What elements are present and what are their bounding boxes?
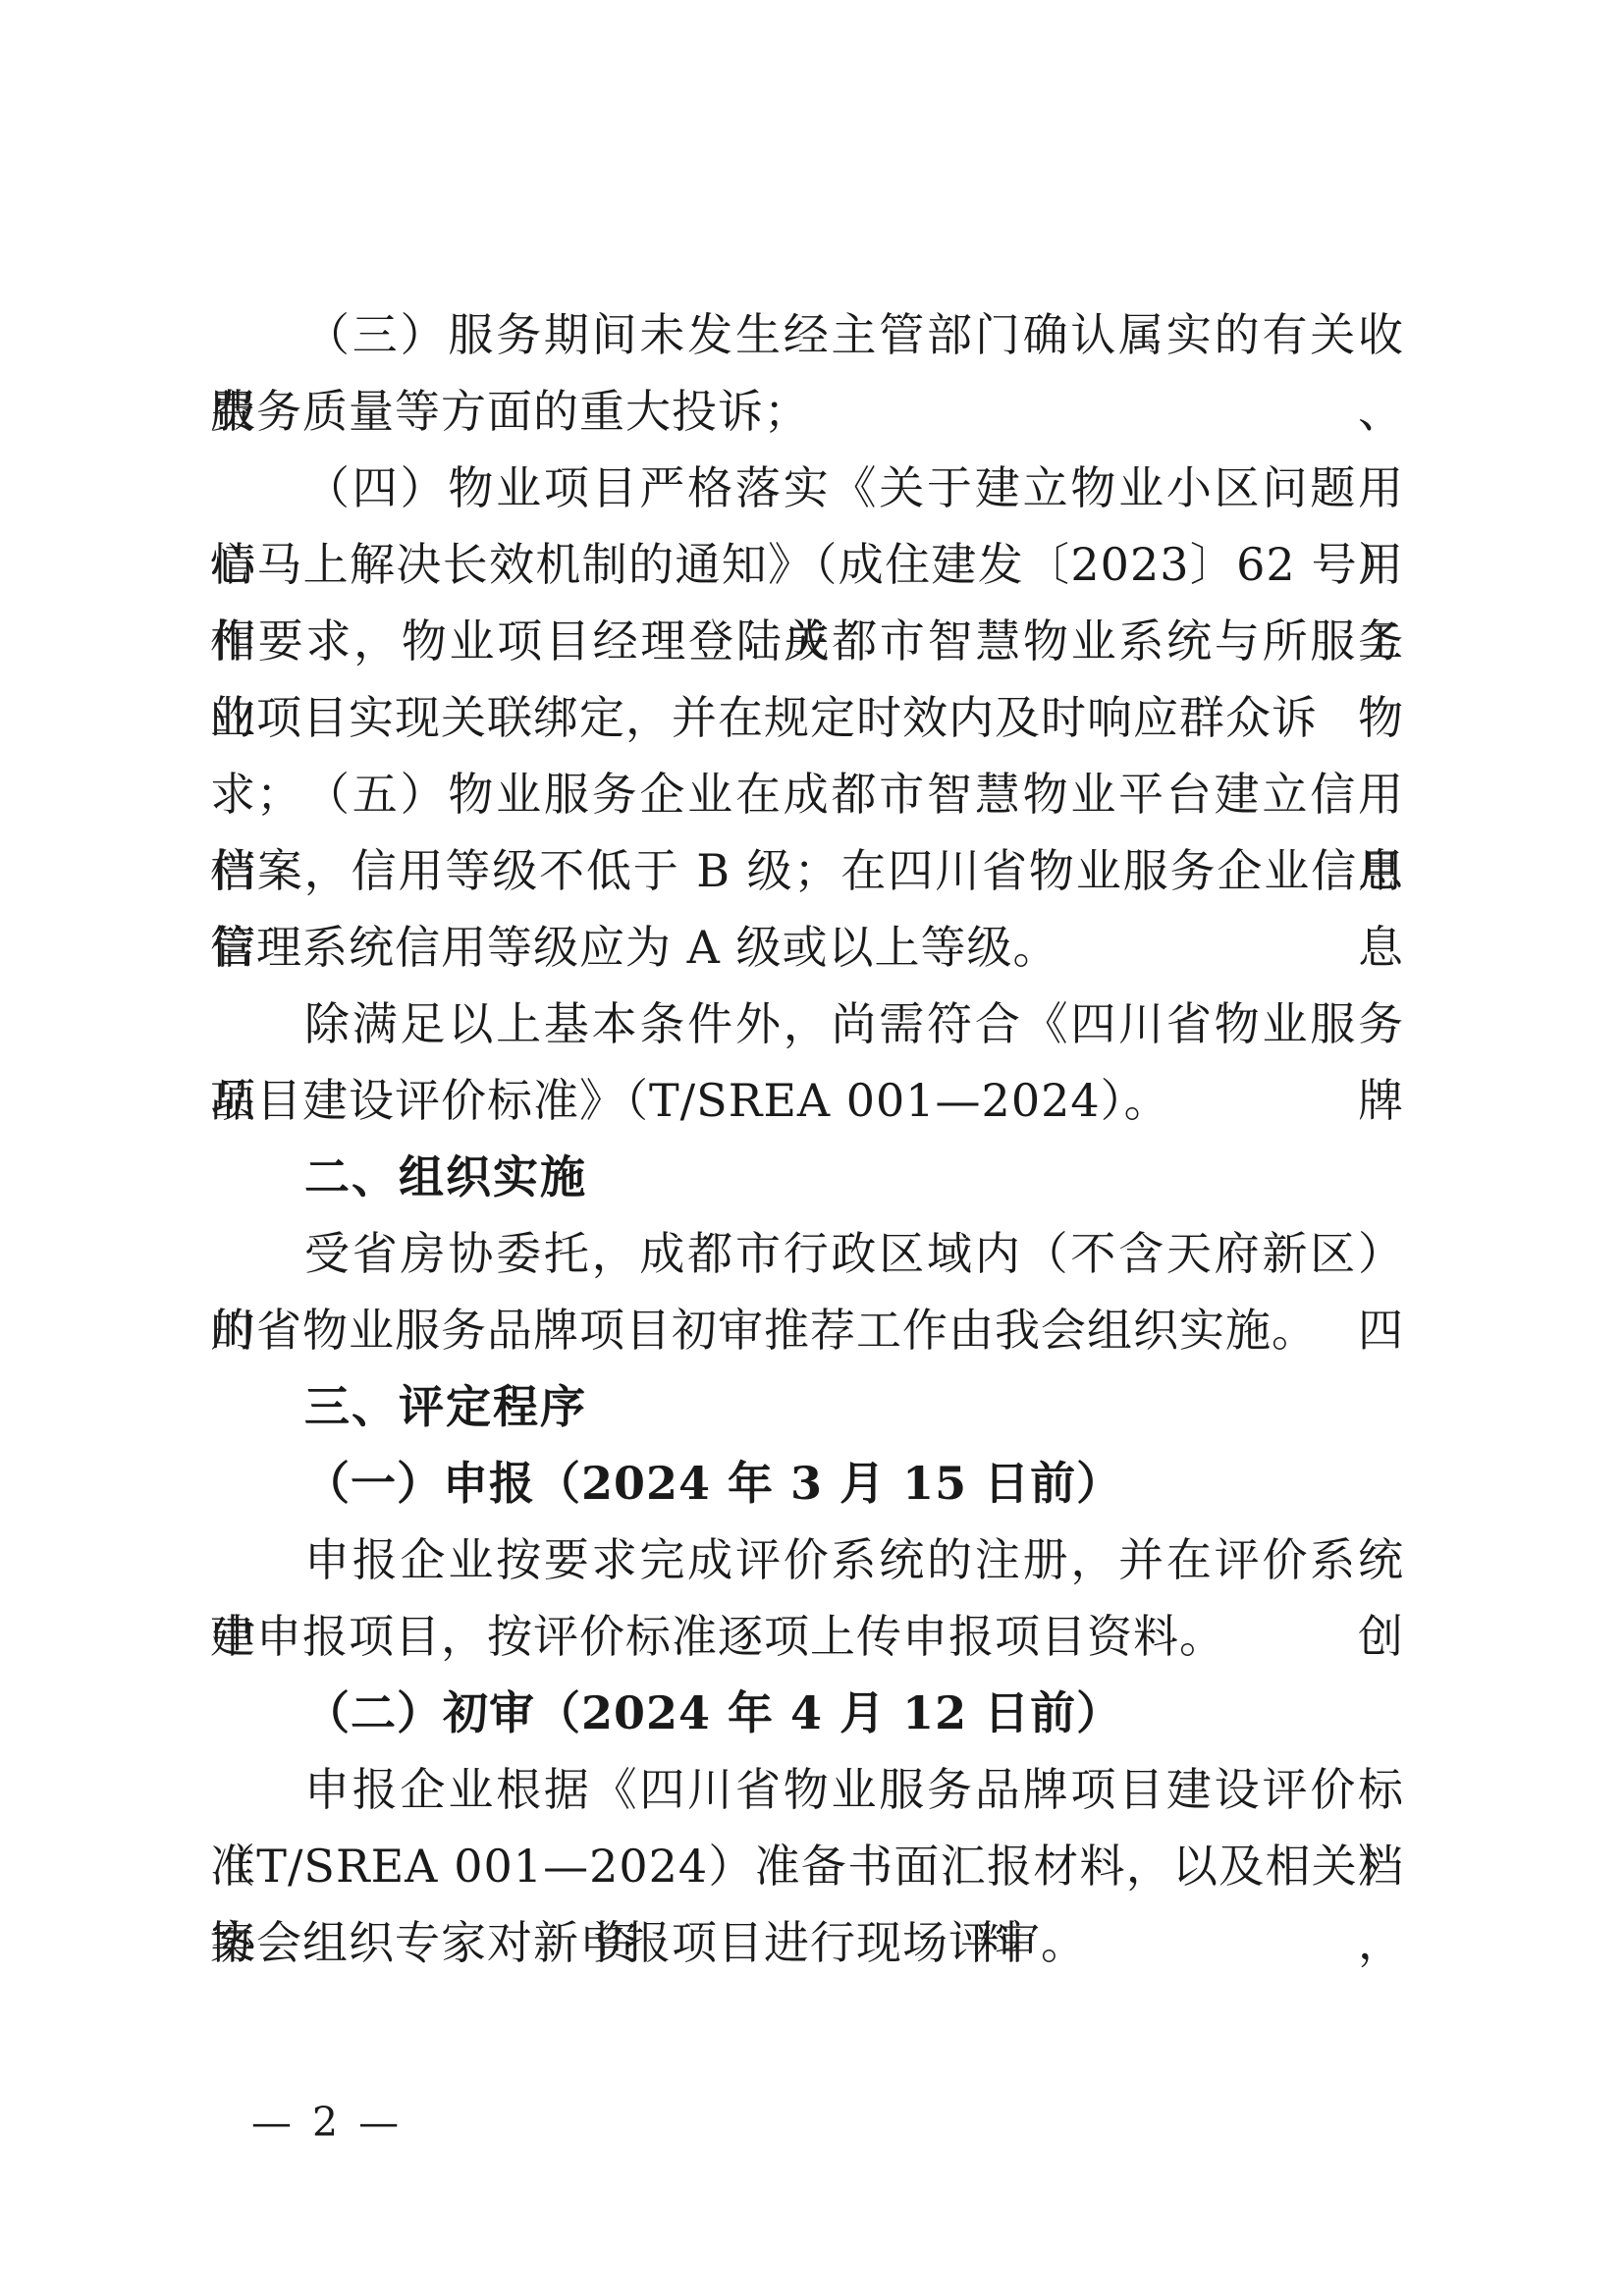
text-line: 申报企业根据《四川省物业服务品牌项目建设评价标准》: [210, 1751, 1404, 1828]
document-page: （三）服务期间未发生经主管部门确认属实的有关收费、服务质量等方面的重大投诉；（四…: [0, 0, 1624, 2296]
page-number: — 2 —: [251, 2093, 403, 2152]
text-line: 档案，信用等级不低于 B 级；在四川省物业服务企业信用信息: [210, 832, 1404, 909]
text-line: （五）物业服务企业在成都市智慧物业平台建立信用信息: [210, 756, 1404, 832]
text-line: （四）物业项目严格落实《关于建立物业小区问题用心用: [210, 450, 1404, 526]
text-line: 申报企业按要求完成评价系统的注册，并在评价系统中创: [210, 1522, 1404, 1598]
document-body: （三）服务期间未发生经主管部门确认属实的有关收费、服务质量等方面的重大投诉；（四…: [210, 296, 1404, 1981]
text-line: 业项目实现关联绑定，并在规定时效内及时响应群众诉求；: [210, 679, 1404, 756]
text-line: （三）服务期间未发生经主管部门确认属实的有关收费、: [210, 296, 1404, 373]
section-heading: 二、组织实施: [210, 1139, 1404, 1215]
text-line: （T/SREA 001—2024）准备书面汇报材料，以及相关档案资料，: [210, 1828, 1404, 1904]
sub-section-heading: （二）初审（2024 年 4 月 12 日前）: [210, 1675, 1404, 1751]
text-line: 除满足以上基本条件外，尚需符合《四川省物业服务品牌: [210, 986, 1404, 1062]
text-line: 作要求，物业项目经理登陆成都市智慧物业系统与所服务的物: [210, 603, 1404, 679]
section-heading: 三、评定程序: [210, 1368, 1404, 1445]
text-line: 川省物业服务品牌项目初审推荐工作由我会组织实施。: [210, 1292, 1404, 1368]
text-line: 情马上解决长效机制的通知》（成住建发〔2023〕62 号）相关工: [210, 526, 1404, 603]
text-line: 建申报项目，按评价标准逐项上传申报项目资料。: [210, 1598, 1404, 1675]
text-line: 受省房协委托，成都市行政区域内（不含天府新区）的四: [210, 1215, 1404, 1292]
sub-section-heading: （一）申报（2024 年 3 月 15 日前）: [210, 1445, 1404, 1522]
